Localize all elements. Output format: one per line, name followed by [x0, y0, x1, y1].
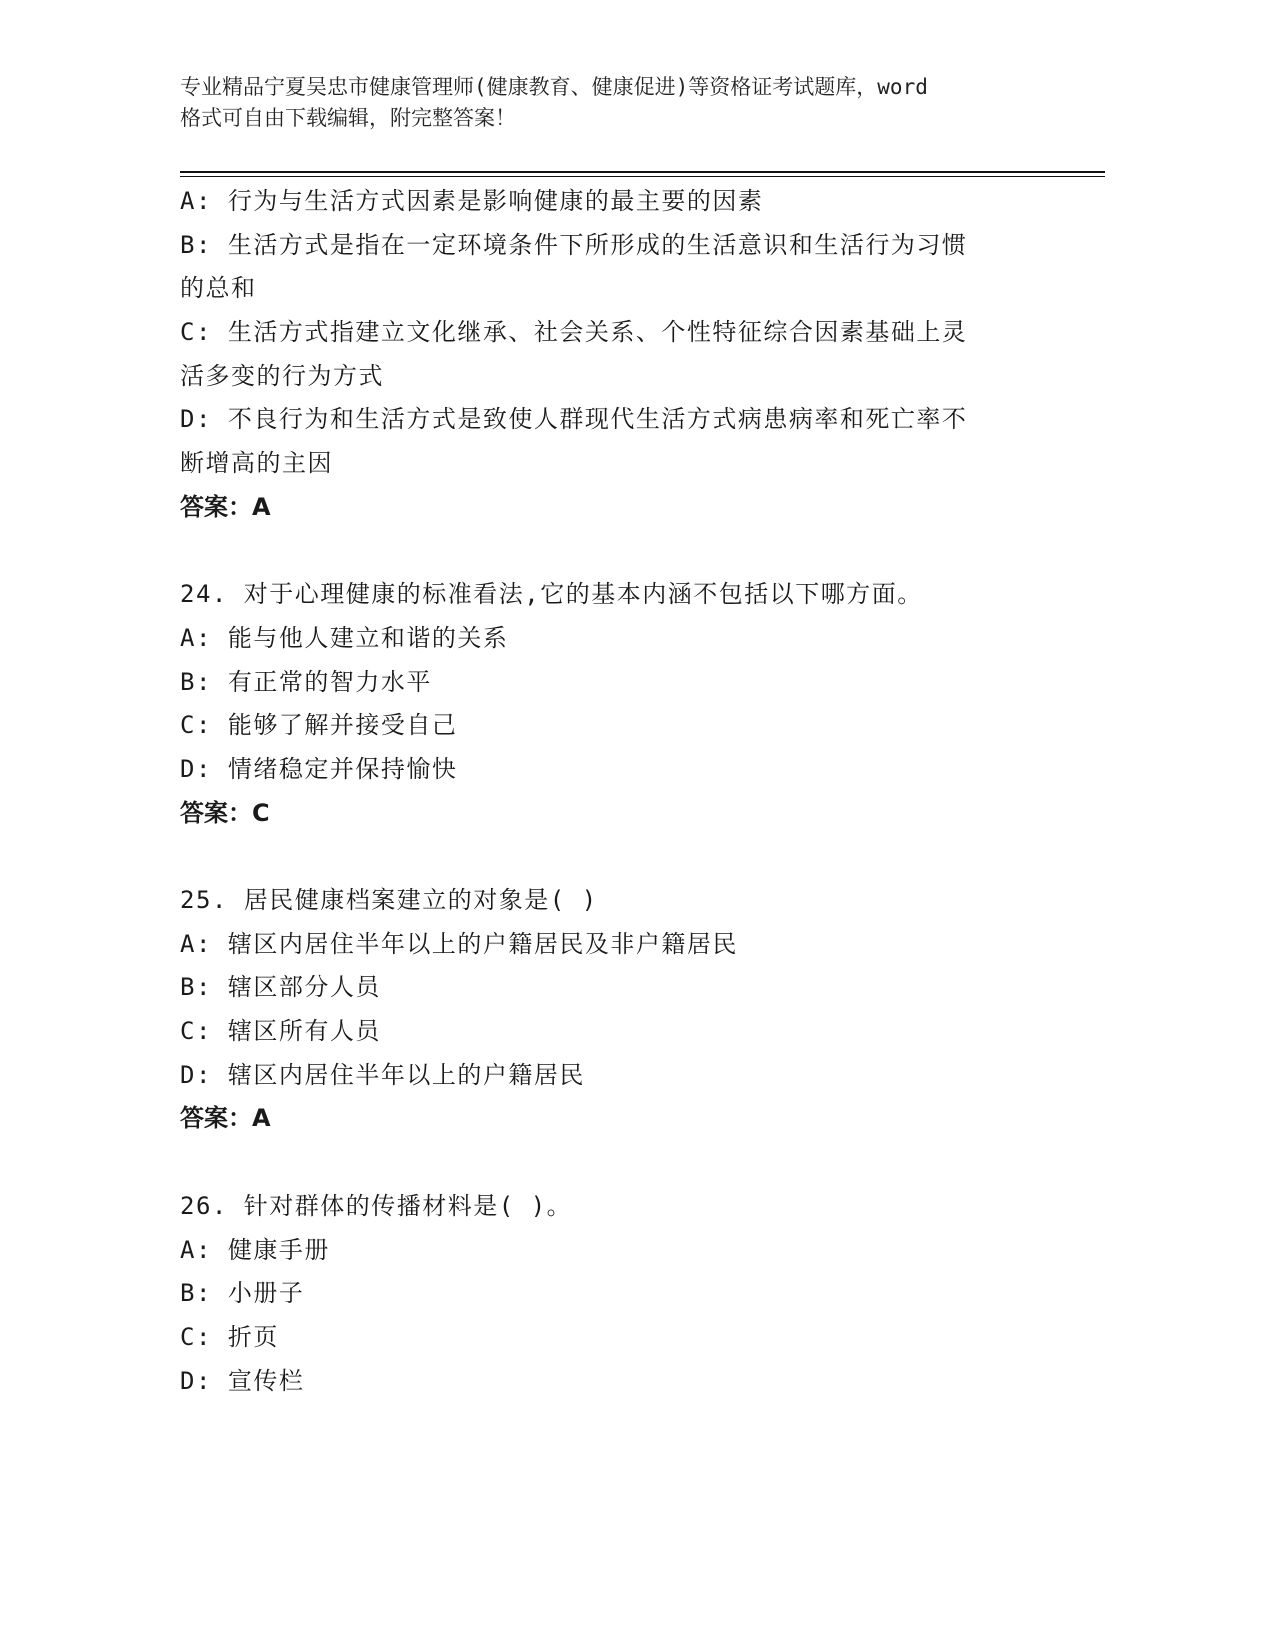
- option-b: B: 辖区部分人员: [180, 966, 1060, 1010]
- header-divider-thick: [180, 171, 1105, 173]
- document-header: 专业精品宁夏吴忠市健康管理师(健康教育、健康促进)等资格证考试题库，word 格…: [180, 72, 1040, 134]
- header-line-1: 专业精品宁夏吴忠市健康管理师(健康教育、健康促进)等资格证考试题库，word: [180, 72, 1040, 103]
- option-c: C: 折页: [180, 1316, 1060, 1360]
- option-b-continued: 的总和: [180, 267, 1060, 311]
- option-d: D: 宣传栏: [180, 1360, 1060, 1404]
- question-24-block: 24. 对于心理健康的标准看法,它的基本内涵不包括以下哪方面。 A: 能与他人建…: [180, 573, 1060, 835]
- answer: 答案：A: [180, 1097, 1060, 1141]
- spacer: [180, 835, 1060, 879]
- option-d: D: 辖区内居住半年以上的户籍居民: [180, 1054, 1060, 1098]
- answer: 答案：A: [180, 486, 1060, 530]
- spacer: [180, 530, 1060, 574]
- option-a: A: 健康手册: [180, 1229, 1060, 1273]
- spacer: [180, 1141, 1060, 1185]
- option-d: D: 情绪稳定并保持愉快: [180, 748, 1060, 792]
- question-text: 26. 针对群体的传播材料是( )。: [180, 1185, 1060, 1229]
- option-a: A: 辖区内居住半年以上的户籍居民及非户籍居民: [180, 923, 1060, 967]
- header-divider-thin: [180, 176, 1105, 177]
- option-d-continued: 断增高的主因: [180, 442, 1060, 486]
- option-b: B: 小册子: [180, 1272, 1060, 1316]
- option-d: D: 不良行为和生活方式是致使人群现代生活方式病患病率和死亡率不: [180, 398, 1060, 442]
- question-text: 25. 居民健康档案建立的对象是( ): [180, 879, 1060, 923]
- option-c: C: 辖区所有人员: [180, 1010, 1060, 1054]
- option-b: B: 生活方式是指在一定环境条件下所形成的生活意识和生活行为习惯: [180, 224, 1060, 268]
- answer: 答案：C: [180, 792, 1060, 836]
- question-25-block: 25. 居民健康档案建立的对象是( ) A: 辖区内居住半年以上的户籍居民及非户…: [180, 879, 1060, 1141]
- option-a: A: 能与他人建立和谐的关系: [180, 617, 1060, 661]
- document-page: 专业精品宁夏吴忠市健康管理师(健康教育、健康促进)等资格证考试题库，word 格…: [0, 0, 1275, 1650]
- option-b: B: 有正常的智力水平: [180, 661, 1060, 705]
- question-26-block: 26. 针对群体的传播材料是( )。 A: 健康手册 B: 小册子 C: 折页 …: [180, 1185, 1060, 1403]
- header-line-2: 格式可自由下载编辑，附完整答案！: [180, 103, 1040, 134]
- question-list: A: 行为与生活方式因素是影响健康的最主要的因素 B: 生活方式是指在一定环境条…: [180, 180, 1060, 1403]
- question-text: 24. 对于心理健康的标准看法,它的基本内涵不包括以下哪方面。: [180, 573, 1060, 617]
- option-a: A: 行为与生活方式因素是影响健康的最主要的因素: [180, 180, 1060, 224]
- option-c-continued: 活多变的行为方式: [180, 355, 1060, 399]
- option-c: C: 生活方式指建立文化继承、社会关系、个性特征综合因素基础上灵: [180, 311, 1060, 355]
- option-c: C: 能够了解并接受自己: [180, 704, 1060, 748]
- question-23-block: A: 行为与生活方式因素是影响健康的最主要的因素 B: 生活方式是指在一定环境条…: [180, 180, 1060, 530]
